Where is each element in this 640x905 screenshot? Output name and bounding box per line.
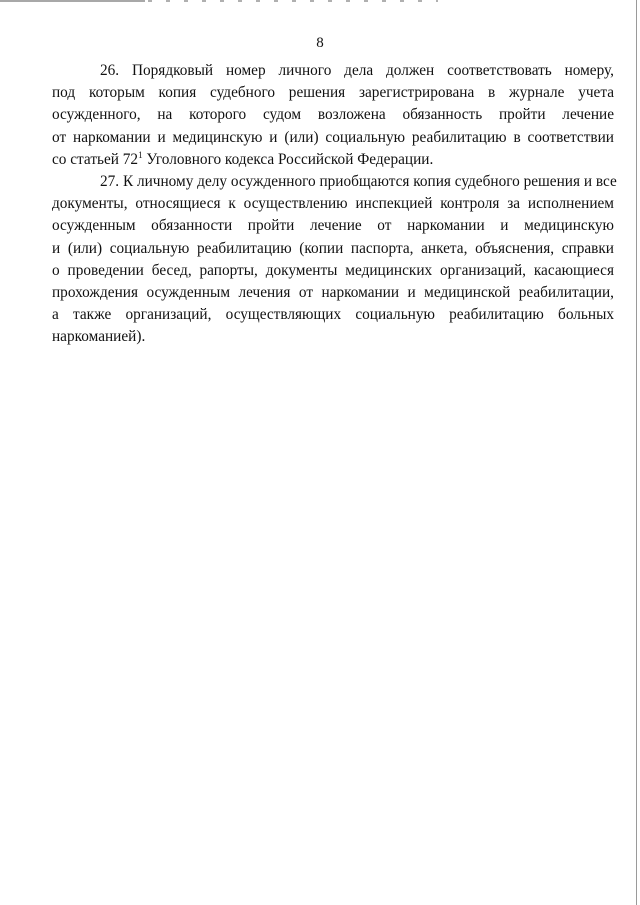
text-line: и (или) социальную реабилитацию (копии п… [52, 238, 614, 260]
scan-artifact-right-edge [636, 0, 637, 905]
text-line: документы, относящиеся к осуществлению и… [52, 193, 614, 215]
paragraph-27: 27. К личному делу осужденного приобщают… [52, 171, 614, 349]
text-line: от наркомании и медицинскую и (или) соци… [52, 127, 614, 149]
text-line: под которым копия судебного решения заре… [52, 82, 614, 104]
text-fragment: Уголовного кодекса Российской Федерации. [143, 151, 434, 168]
page-number: 8 [0, 33, 640, 53]
text-line: со статьей 721 Уголовного кодекса Россий… [52, 149, 614, 171]
text-line: осужденного, на которого судом возложена… [52, 104, 614, 126]
document-body: 26. Порядковый номер личного дела должен… [52, 60, 614, 349]
text-fragment: со статьей 72 [52, 151, 138, 168]
text-line: а также организаций, осуществляющих соци… [52, 304, 614, 326]
text-line: наркоманией). [52, 326, 614, 348]
text-line: осужденным обязанности пройти лечение от… [52, 215, 614, 237]
scan-artifact-top-line [0, 0, 145, 2]
text-line: 26. Порядковый номер личного дела должен… [52, 60, 614, 82]
paragraph-26: 26. Порядковый номер личного дела должен… [52, 60, 614, 171]
text-line: 27. К личному делу осужденного приобщают… [52, 171, 614, 193]
scan-artifact-top-dots [148, 0, 438, 2]
text-line: о проведении бесед, рапорты, документы м… [52, 260, 614, 282]
text-line: прохождения осужденным лечения от нарком… [52, 282, 614, 304]
